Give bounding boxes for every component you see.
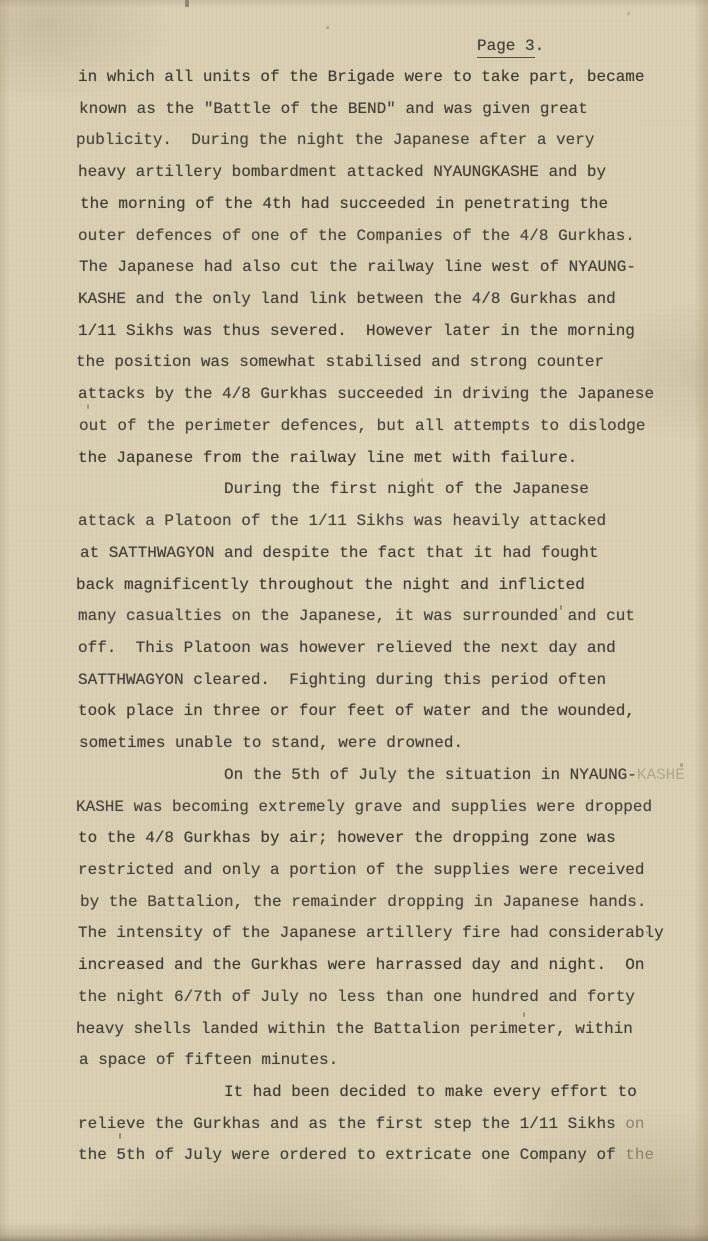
text-line: sometimes unable to stand, were drowned.: [1, 728, 708, 760]
text-line-content: SATTHWAGYON cleared. Fighting during thi…: [78, 671, 606, 689]
text-line-content: sometimes unable to stand, were drowned.: [79, 734, 463, 752]
text-line: back magnificently throughout the night …: [0, 570, 706, 602]
text-line-content: restricted and only a portion of the sup…: [78, 861, 645, 879]
text-line: During the first night of the Japanese: [0, 474, 708, 506]
text-line-content: the 5th of July were ordered to extricat…: [78, 1146, 625, 1164]
text-line-content: a space of fifteen minutes.: [79, 1051, 338, 1069]
text-line: On the 5th of July the situation in NYAU…: [0, 760, 708, 792]
text-line: The intensity of the Japanese artillery …: [0, 918, 708, 950]
text-line: known as the "Battle of the BEND" and wa…: [1, 94, 708, 126]
text-line-content: heavy artillery bombardment attacked NYA…: [78, 163, 606, 181]
text-line-content: relieve the Gurkhas and as the first ste…: [78, 1115, 625, 1133]
ink-speck: [627, 12, 630, 15]
text-line: relieve the Gurkhas and as the first ste…: [0, 1109, 708, 1141]
faint-ghost-text: KASHE: [637, 766, 685, 784]
text-line: the position was somewhat stabilised and…: [0, 347, 706, 379]
document-page: Page 3. in which all units of the Brigad…: [0, 0, 708, 1241]
page-number-text: Page 3: [477, 37, 535, 58]
text-line: It had been decided to make every effort…: [0, 1077, 708, 1109]
text-line-content: 1/11 Sikhs was thus severed. However lat…: [78, 322, 635, 340]
text-line-content: The Japanese had also cut the railway li…: [79, 258, 636, 276]
text-line-content: took place in three or four feet of wate…: [78, 702, 635, 720]
text-line-content: increased and the Gurkhas were harrassed…: [78, 956, 645, 974]
ink-speck: [185, 0, 189, 7]
text-line-content: It had been decided to make every effort…: [224, 1083, 637, 1101]
text-line-content: off. This Platoon was however relieved t…: [78, 639, 616, 657]
text-line: in which all units of the Brigade were t…: [0, 62, 708, 94]
text-line-content: attacks by the 4/8 Gurkhas succeeded in …: [78, 385, 654, 403]
text-line: publicity. During the night the Japanese…: [0, 125, 706, 157]
page-number: Page 3.: [477, 37, 544, 55]
text-line-content: On the 5th of July the situation in NYAU…: [224, 766, 637, 784]
text-line-content: KASHE was becoming extremely grave and s…: [76, 798, 652, 816]
text-line: a space of fifteen minutes.: [1, 1045, 708, 1077]
text-line-content: at SATTHWAGYON and despite the fact that…: [80, 544, 598, 562]
text-line-content: outer defences of one of the Companies o…: [78, 227, 635, 245]
text-line-content: out of the perimeter defences, but all a…: [79, 417, 646, 435]
text-line: by the Battalion, the remainder dropping…: [2, 887, 708, 919]
text-line: The Japanese had also cut the railway li…: [1, 252, 708, 284]
text-line-content: many casualties on the Japanese, it was …: [78, 607, 635, 625]
text-line: 1/11 Sikhs was thus severed. However lat…: [0, 316, 708, 348]
text-line-content: back magnificently throughout the night …: [76, 576, 585, 594]
page-number-period: .: [535, 37, 545, 55]
text-line: attacks by the 4/8 Gurkhas succeeded in …: [0, 379, 708, 411]
text-line-content: the position was somewhat stabilised and…: [76, 353, 604, 371]
document-body: in which all units of the Brigade were t…: [0, 62, 708, 1172]
text-line: took place in three or four feet of wate…: [0, 696, 708, 728]
text-line-content: in which all units of the Brigade were t…: [78, 68, 645, 86]
text-line-content: heavy shells landed within the Battalion…: [76, 1020, 633, 1038]
text-line: to the 4/8 Gurkhas by air; however the d…: [0, 823, 708, 855]
text-line-content: the Japanese from the railway line met w…: [78, 449, 577, 467]
text-line: the night 6/7th of July no less than one…: [0, 982, 708, 1014]
text-line: increased and the Gurkhas were harrassed…: [0, 950, 708, 982]
ink-speck: [326, 26, 329, 29]
faint-ghost-text: the: [625, 1146, 654, 1164]
faint-ghost-text: on: [625, 1115, 644, 1133]
text-line-content: to the 4/8 Gurkhas by air; however the d…: [78, 829, 616, 847]
text-line: KASHE was becoming extremely grave and s…: [0, 792, 706, 824]
text-line-content: During the first night of the Japanese: [224, 480, 589, 498]
text-line: restricted and only a portion of the sup…: [0, 855, 708, 887]
text-line: the morning of the 4th had succeeded in …: [2, 189, 708, 221]
text-line-content: the night 6/7th of July no less than one…: [78, 988, 635, 1006]
text-line-content: by the Battalion, the remainder dropping…: [80, 893, 647, 911]
text-line: the 5th of July were ordered to extricat…: [0, 1140, 708, 1172]
text-line: attack a Platoon of the 1/11 Sikhs was h…: [0, 506, 708, 538]
text-line: off. This Platoon was however relieved t…: [0, 633, 708, 665]
text-line: outer defences of one of the Companies o…: [0, 221, 708, 253]
text-line: heavy artillery bombardment attacked NYA…: [0, 157, 708, 189]
text-line: out of the perimeter defences, but all a…: [1, 411, 708, 443]
text-line: at SATTHWAGYON and despite the fact that…: [2, 538, 708, 570]
text-line-content: attack a Platoon of the 1/11 Sikhs was h…: [78, 512, 606, 530]
text-line-content: KASHE and the only land link between the…: [78, 290, 616, 308]
text-line-content: The intensity of the Japanese artillery …: [78, 924, 664, 942]
text-line: the Japanese from the railway line met w…: [0, 443, 708, 475]
text-line: many casualties on the Japanese, it was …: [0, 601, 708, 633]
text-line: KASHE and the only land link between the…: [0, 284, 708, 316]
text-line-content: the morning of the 4th had succeeded in …: [80, 195, 608, 213]
text-line: heavy shells landed within the Battalion…: [0, 1014, 706, 1046]
text-line-content: known as the "Battle of the BEND" and wa…: [79, 100, 588, 118]
text-line-content: publicity. During the night the Japanese…: [76, 131, 594, 149]
text-line: SATTHWAGYON cleared. Fighting during thi…: [0, 665, 708, 697]
